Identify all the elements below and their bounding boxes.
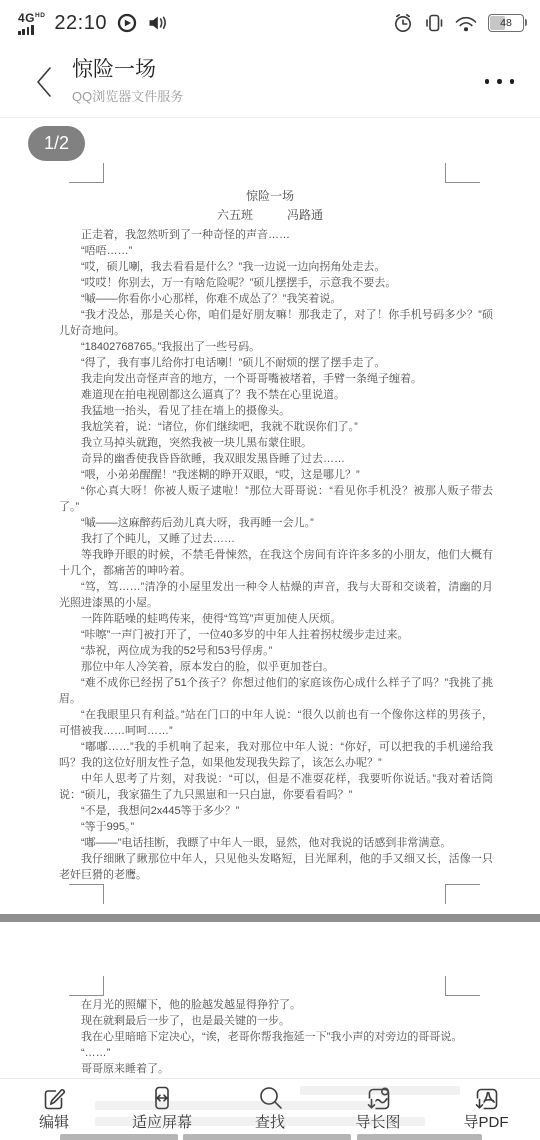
wifi-icon bbox=[454, 14, 478, 33]
doc-paragraph: 我在心里暗暗下定决心，“诶，老哥你帮我拖延一下”我小声的对旁边的哥哥说。 bbox=[59, 1029, 493, 1045]
header-bar: 惊险一场 QQ浏览器文件服务 bbox=[0, 46, 540, 118]
speaker-icon bbox=[147, 13, 168, 33]
doc-paragraph: “嘁——这麻醉药后劲儿真大呀，我再睡一会儿。” bbox=[59, 515, 493, 531]
doc-paragraph: 哥哥原来睡着了。 bbox=[59, 1061, 493, 1077]
doc-paragraph: “18402768765。”我报出了一些号码。 bbox=[59, 339, 493, 355]
chevron-left-icon bbox=[34, 65, 54, 99]
doc-paragraph: 奇异的幽香使我昏昏欲睡，我双眼发黑昏睡了过去…… bbox=[59, 451, 493, 467]
doc-paragraph: “哎，硕儿喇，我去看看是什么？”我一边说一边向拐角处走去。 bbox=[59, 259, 493, 275]
crop-mark-icon bbox=[445, 884, 480, 904]
faded-highlight-bar bbox=[183, 1134, 351, 1140]
page-title: 惊险一场 bbox=[72, 58, 183, 82]
signal-bars-icon bbox=[18, 25, 34, 35]
crop-mark-icon bbox=[445, 163, 480, 183]
app-screen: 4GHD 22:10 bbox=[0, 0, 540, 1140]
doc-paragraph: “得了，我有事儿给你打电话喇！”硕儿不耐烦的摆了摆手走了。 bbox=[59, 355, 493, 371]
crop-mark-icon bbox=[69, 976, 104, 996]
doc-paragraph: “难不成你已经拐了51个孩子？你想过他们的家庭该伤心成什么样子了吗？”我挑了挑眉… bbox=[59, 675, 493, 707]
status-bar: 4GHD 22:10 bbox=[0, 0, 540, 46]
doc-paragraph: 我打了个盹儿，又睡了过去…… bbox=[59, 531, 493, 547]
more-menu-button[interactable] bbox=[485, 71, 515, 92]
toolbar-label: 编辑 bbox=[39, 1115, 69, 1130]
doc-paragraph: 我猛地一抬头，看见了挂在墙上的摄像头。 bbox=[59, 403, 493, 419]
doc-paragraph: “你心真大呀！你被人贩子逮啦！”那位大哥哥说：“看见你手机没？被那人贩子带去了。… bbox=[59, 483, 493, 515]
doc-paragraph: “在我眼里只有利益。”站在门口的中年人说：“很久以前也有一个像你这样的男孩子，可… bbox=[59, 707, 493, 739]
edit-icon bbox=[40, 1084, 68, 1112]
doc-paragraph: “嘟——”电话挂断，我瞟了中年人一眼，显然，他对我说的话感到非常满意。 bbox=[59, 835, 493, 851]
network-status-icon: 4GHD bbox=[18, 12, 45, 35]
faded-text-line bbox=[95, 1101, 385, 1110]
byline-author: 冯路通 bbox=[287, 206, 323, 223]
doc-paragraph: 难道现在拍电视剧都这么逼真了？我不禁在心里说道。 bbox=[59, 387, 493, 403]
doc-paragraph: “不是，我想问2x445等于多少？” bbox=[59, 803, 493, 819]
doc-paragraph: 我仔细瞅了瞅那位中年人，只见他头发略短，目光犀利，他的手又细又长，活像一只老奸巨… bbox=[59, 851, 493, 883]
doc-paragraph: “喂，小弟弟醒醒！”我迷糊的睁开双眼，“哎，这是哪儿？” bbox=[59, 467, 493, 483]
doc-paragraph: “嘟嘟……”我的手机响了起来，我对那位中年人说：“你好，可以把我的手机递给我吗？… bbox=[59, 739, 493, 771]
doc-paragraph: “咔嚓”一声门被打开了，一位40多岁的中年人拄着拐杖缓步走过来。 bbox=[59, 627, 493, 643]
document-byline: 六五班 冯路通 bbox=[0, 206, 540, 223]
vibrate-icon bbox=[424, 12, 444, 34]
back-button[interactable] bbox=[32, 64, 56, 100]
alarm-icon bbox=[392, 12, 414, 34]
edit-button[interactable]: 编辑 bbox=[0, 1079, 108, 1140]
faded-highlight-bar bbox=[357, 1134, 482, 1140]
doc-paragraph: “哎哎！你别去，万一有啥危险呢？”硕儿摆摆手，示意我不要去。 bbox=[59, 275, 493, 291]
page-indicator-badge: 1/2 bbox=[28, 126, 85, 161]
crop-mark-icon bbox=[69, 163, 104, 183]
document-page-2: 在月光的照耀下，他的脸越发越显得狰狞了。现在就剩最后一步了，也是最关键的一步。我… bbox=[59, 997, 493, 1077]
doc-paragraph: 中年人思考了片刻，对我说：“可以，但是不准耍花样，我要听你说话。”我对着话筒说：… bbox=[59, 771, 493, 803]
clock-label: 22:10 bbox=[54, 12, 107, 35]
doc-paragraph: 我尬笑着，说：“诸位，你们继续吧，我就不耽误你们了。” bbox=[59, 419, 493, 435]
ellipsis-icon bbox=[485, 79, 490, 84]
byline-class: 六五班 bbox=[217, 206, 253, 223]
doc-paragraph: “……” bbox=[59, 1045, 493, 1061]
battery-level: 48 bbox=[500, 17, 512, 29]
document-page-1: 正走着，我忽然听到了一种奇怪的声音……“唔唔……”“哎，硕儿喇，我去看看是什么？… bbox=[59, 227, 493, 883]
export-pdf-icon bbox=[472, 1084, 500, 1112]
play-badge-icon bbox=[116, 12, 138, 34]
doc-paragraph: 现在就剩最后一步了，也是最关键的一步。 bbox=[59, 1013, 493, 1029]
doc-paragraph: “笃，笃……”清净的小屋里发出一种令人枯燥的声音，我与大哥和交谈着，清幽的月光照… bbox=[59, 579, 493, 611]
doc-paragraph: “我才没怂，那是关心你，咱们是好朋友嘛！那我走了，对了！你手机号码多少？”硕儿好… bbox=[59, 307, 493, 339]
doc-paragraph: 一阵阵聒噪的蛙鸣传来，使得“笃笃”声更加使人厌烦。 bbox=[59, 611, 493, 627]
doc-paragraph: “等于995。” bbox=[59, 819, 493, 835]
page-separator bbox=[0, 914, 540, 922]
doc-paragraph: “嘁——你看你小心那样，你难不成怂了？”我笑着说。 bbox=[59, 291, 493, 307]
document-title: 惊险一场 bbox=[0, 187, 540, 204]
faded-text-line bbox=[300, 1086, 460, 1095]
doc-paragraph: 我立马掉头就跑，突然我被一块儿黑布蒙住眼。 bbox=[59, 435, 493, 451]
page-subtitle: QQ浏览器文件服务 bbox=[72, 86, 183, 105]
battery-icon: 48 bbox=[488, 14, 524, 32]
doc-paragraph: 正走着，我忽然听到了一种奇怪的声音…… bbox=[59, 227, 493, 243]
doc-paragraph: 等我睁开眼的时候，不禁毛骨悚然，在我这个房间有许许多多的小朋友，他们大概有十几个… bbox=[59, 547, 493, 579]
doc-paragraph: 我走向发出奇怪声音的地方，一个哥哥嘴被堵着，手臂一条绳子缠着。 bbox=[59, 371, 493, 387]
doc-paragraph: “恭祝，两位成为我的52号和53号俘虏。” bbox=[59, 643, 493, 659]
crop-mark-icon bbox=[69, 884, 104, 904]
faded-text-line bbox=[95, 1117, 425, 1126]
doc-paragraph: “唔唔……” bbox=[59, 243, 493, 259]
faded-highlight-bar bbox=[60, 1134, 178, 1140]
crop-mark-icon bbox=[445, 976, 480, 996]
toolbar-label: 导PDF bbox=[463, 1115, 508, 1130]
doc-paragraph: 那位中年人冷笑着，原本发白的脸，似乎更加苍白。 bbox=[59, 659, 493, 675]
doc-paragraph: 在月光的照耀下，他的脸越发越显得狰狞了。 bbox=[59, 997, 493, 1013]
